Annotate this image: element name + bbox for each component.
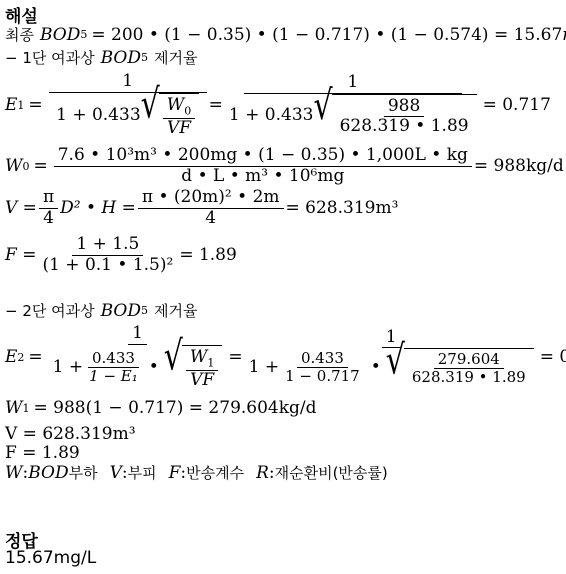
e2s-inner-den: 1 − 0.717 [281,368,364,385]
stage2-title-suffix: 제거율 [154,300,197,321]
e1s-numerator: 1 [244,73,462,94]
e2s-inner-num: 0.433 [297,350,348,368]
e1-general-fraction: 1 1 + 0.433 √ W0 VF [49,72,207,138]
w0-lhs: W [5,156,22,176]
v-result: = 628.319m³ [286,198,399,218]
v-fraction: π • (20m)² • 2m 4 [138,188,284,228]
legend-v-sym: V [110,463,122,483]
v-value-line: V = 628.319m³ [5,424,136,444]
stage2-title-var: BOD [101,301,141,321]
stage1-title-suffix: 제거율 [154,47,197,68]
e2-equation: E2 = 1 1 + 0.433 1 − E₁ • √ W1 VF = 1 [5,324,566,390]
stage2-title-sub: 5 [141,304,148,317]
e1s-den-lead: 1 + 0.433 [229,106,314,126]
f-numerator: 1 + 1.5 [72,235,143,256]
stage1-title-sub: 5 [141,51,148,64]
stage1-title-var: BOD [101,48,141,68]
w0-var: W [167,95,184,115]
e1-sub: 1 [17,99,24,112]
v-lhs: V = [5,198,37,218]
volume-equation: V = π 4 D² • H = π • (20m)² • 2m 4 = 628… [5,188,398,228]
w1-expression: = 988(1 − 0.717) = 279.604kg/d [33,398,316,418]
f-result: = 1.89 [179,245,237,265]
final-unit: mg/L [562,25,566,45]
e1-substituted-fraction: 1 1 + 0.433 √ 988 628.319 • 1.89 [225,73,481,137]
w1-equation: W1= 988(1 − 0.717) = 279.604kg/d [5,398,317,418]
f-lhs: F = [5,245,36,265]
v-denominator: 4 [201,209,220,229]
pi-over-4: π 4 [39,188,58,228]
legend-r-desc: 재순환비(반송률) [275,462,388,483]
w1-sub: 1 [207,356,214,369]
sqrt-symbol: √ W1 VF [164,345,223,391]
pi-num: π [39,188,58,209]
f-denominator: (1 + 0.1 • 1.5)² [38,256,177,276]
variable-legend: W:BOD부하 V:부피 F:반송계수 R:재순환비(반송률) [5,462,388,483]
legend-v-desc: 부피 [128,462,157,483]
f-value-line: F = 1.89 [5,443,80,463]
vf-den: VF [163,119,195,139]
pi-den: 4 [39,209,58,229]
e2-lhs: E [5,347,17,367]
w0-sub: 0 [184,104,191,117]
sqrt-symbol: √ 988 628.319 • 1.89 [313,94,476,137]
w1-var: W [190,347,207,367]
f-equation: F = 1 + 1.5 (1 + 0.1 • 1.5)² = 1.89 [5,235,237,275]
e2-inner-num: 0.433 [88,350,139,368]
sqrt-symbol: √ 279.604 628.319 • 1.89 [386,348,534,387]
final-expression: = 200 • (1 − 0.35) • (1 − 0.717) • (1 − … [91,25,562,45]
answer-value: 15.67mg/L [5,548,96,568]
w0-fraction: 7.6 • 10³m³ • 200mg • (1 − 0.35) • 1,000… [54,146,472,186]
final-bod-equation: 최종 BOD5 = 200 • (1 − 0.35) • (1 − 0.717)… [5,24,566,45]
w0-numerator: 7.6 • 10³m³ • 200mg • (1 − 0.35) • 1,000… [54,146,472,167]
e1-result: = 0.717 [483,95,551,115]
stage2-title-prefix: − 2단 여과상 [5,300,95,321]
e1-lhs: E [5,95,17,115]
e2-sub: 2 [17,351,24,364]
e2-general-fraction: 1 1 + 0.433 1 − E₁ • √ W1 VF [49,324,227,390]
e1s-sqrt-num: 988 [384,97,424,118]
legend-bod: BOD [28,463,68,483]
sqrt-symbol: √ W0 VF [141,93,200,139]
e1s-sqrt-den: 628.319 • 1.89 [336,117,473,137]
e2-inner-den: 1 − E₁ [85,368,142,385]
e2-result: = 0.574 [540,347,566,367]
stage1-title: − 1단 여과상 BOD5 제거율 [5,47,197,68]
e2s-sqrt-den: 628.319 • 1.89 [408,369,530,386]
w0-result: = 988kg/d [474,156,564,176]
w0-equation: W0 = 7.6 • 10³m³ • 200mg • (1 − 0.35) • … [5,146,564,186]
f-fraction: 1 + 1.5 (1 + 0.1 • 1.5)² [38,235,177,275]
e2s-sqrt-num: 279.604 [434,351,504,369]
e1-numerator: 1 [49,72,207,93]
e2-numerator: 1 [128,324,147,345]
stage2-title: − 2단 여과상 BOD5 제거율 [5,300,197,321]
legend-r-sym: R [256,463,269,483]
e2-substituted-fraction: 1 1 + 0.433 1 − 0.717 • √ 279.604 628.31… [245,328,538,387]
legend-f-desc: 반송계수 [186,462,244,483]
w0-lhs-sub: 0 [22,160,29,173]
bod-var: BOD [40,25,80,45]
v-mid: D² • H = [60,198,136,218]
v-numerator: π • (20m)² • 2m [138,188,284,209]
e1-den-lead: 1 + 0.433 [56,106,141,126]
w0-denominator: d • L • m³ • 10⁶mg [177,167,348,187]
legend-w-sym: W [5,463,22,483]
e1-equation: E1 = 1 1 + 0.433 √ W0 VF = 1 1 + 0.433 √ [5,72,551,138]
legend-f-sym: F [169,463,181,483]
legend-w-desc: 부하 [69,462,98,483]
stage1-title-prefix: − 1단 여과상 [5,47,95,68]
bod-subscript: 5 [80,28,87,41]
final-label: 최종 [5,24,34,45]
vf-den-2: VF [186,371,218,391]
